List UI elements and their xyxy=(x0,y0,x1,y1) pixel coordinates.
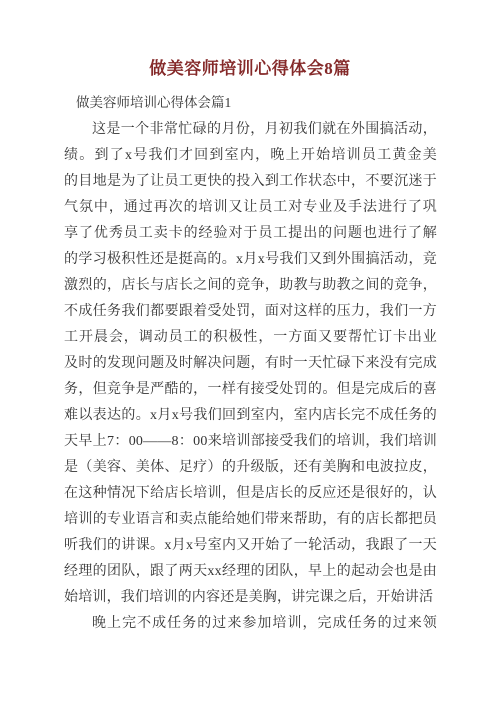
text-line: 在这种情况下给店长培训，但是店长的反应还是很好的，认为我们 xyxy=(64,481,437,507)
text-line: 始培训，我们培训的内容还是美胸，讲完课之后，开始讲活动。 xyxy=(64,585,437,611)
document-body: 这是一个非常忙碌的月份，月初我们就在外围搞活动，促业绩。到了x号我们才回到室内，… xyxy=(64,117,437,637)
text-line: 的学习极积性还是挺高的。x月x号我们又到外围搞活动，竞争是很 xyxy=(64,247,437,273)
text-line: 享了优秀员工卖卡的经验对于员工提出的问题也进行了解答；员工 xyxy=(64,221,437,247)
section-heading: 做美容师培训心得体会篇1 xyxy=(76,94,437,111)
text-line: 及时的发现问题及时解决问题，有时一天忙碌下来没有完成报的任 xyxy=(64,351,437,377)
text-line: 激烈的，店长与店长之间的竞争，助教与助教之间的竞争，团队完 xyxy=(64,273,437,299)
document-title: 做美容师培训心得体会8篇 xyxy=(0,0,500,81)
text-line: 培训的专业语言和卖点能给她们带来帮助，有的店长都把员工带来 xyxy=(64,507,437,533)
text-line: 晚上完不成任务的过来参加培训，完成任务的过来领奖，培训 xyxy=(64,611,437,637)
text-line: 的目地是为了让员工更快的投入到工作状态中，不要沉迷于过年的 xyxy=(64,169,437,195)
text-line: 这是一个非常忙碌的月份，月初我们就在外围搞活动，促业 xyxy=(64,117,437,143)
text-line: 不成任务我们都要跟着受处罚，面对这样的压力，我们一方面给员 xyxy=(64,299,437,325)
text-line: 经理的团队，跟了两天xx经理的团队，早上的起动会也是由我先开 xyxy=(64,559,437,585)
text-line: 天早上7：00——8：00来培训部接受我们的培训，我们培训的内容 xyxy=(64,429,437,455)
text-line: 务，但竞争是严酷的，一样有接受处罚的。但是完成后的喜悦也是 xyxy=(64,377,437,403)
paragraph: 这是一个非常忙碌的月份，月初我们就在外围搞活动，促业绩。到了x号我们才回到室内，… xyxy=(64,117,437,611)
text-line: 绩。到了x号我们才回到室内，晚上开始培训员工黄金美胸，培训 xyxy=(64,143,437,169)
text-line: 是（美容、美体、足疗）的升级版，还有美胸和电波拉皮，虽然是 xyxy=(64,455,437,481)
text-line: 工开晨会，调动员工的积极性，一方面又要帮忙订卡出业绩，还要 xyxy=(64,325,437,351)
paragraph: 晚上完不成任务的过来参加培训，完成任务的过来领奖，培训 xyxy=(64,611,437,637)
document-page: 做美容师培训心得体会8篇 做美容师培训心得体会篇1 这是一个非常忙碌的月份，月初… xyxy=(0,0,500,707)
text-line: 听我们的讲课。x月x号室内又开始了一轮活动，我跟了一天的xx xyxy=(64,533,437,559)
text-line: 难以表达的。x月x号我们回到室内，室内店长完不成任务的店长每 xyxy=(64,403,437,429)
text-line: 气氛中，通过再次的培训又让员工对专业及手法进行了巩固；并分 xyxy=(64,195,437,221)
